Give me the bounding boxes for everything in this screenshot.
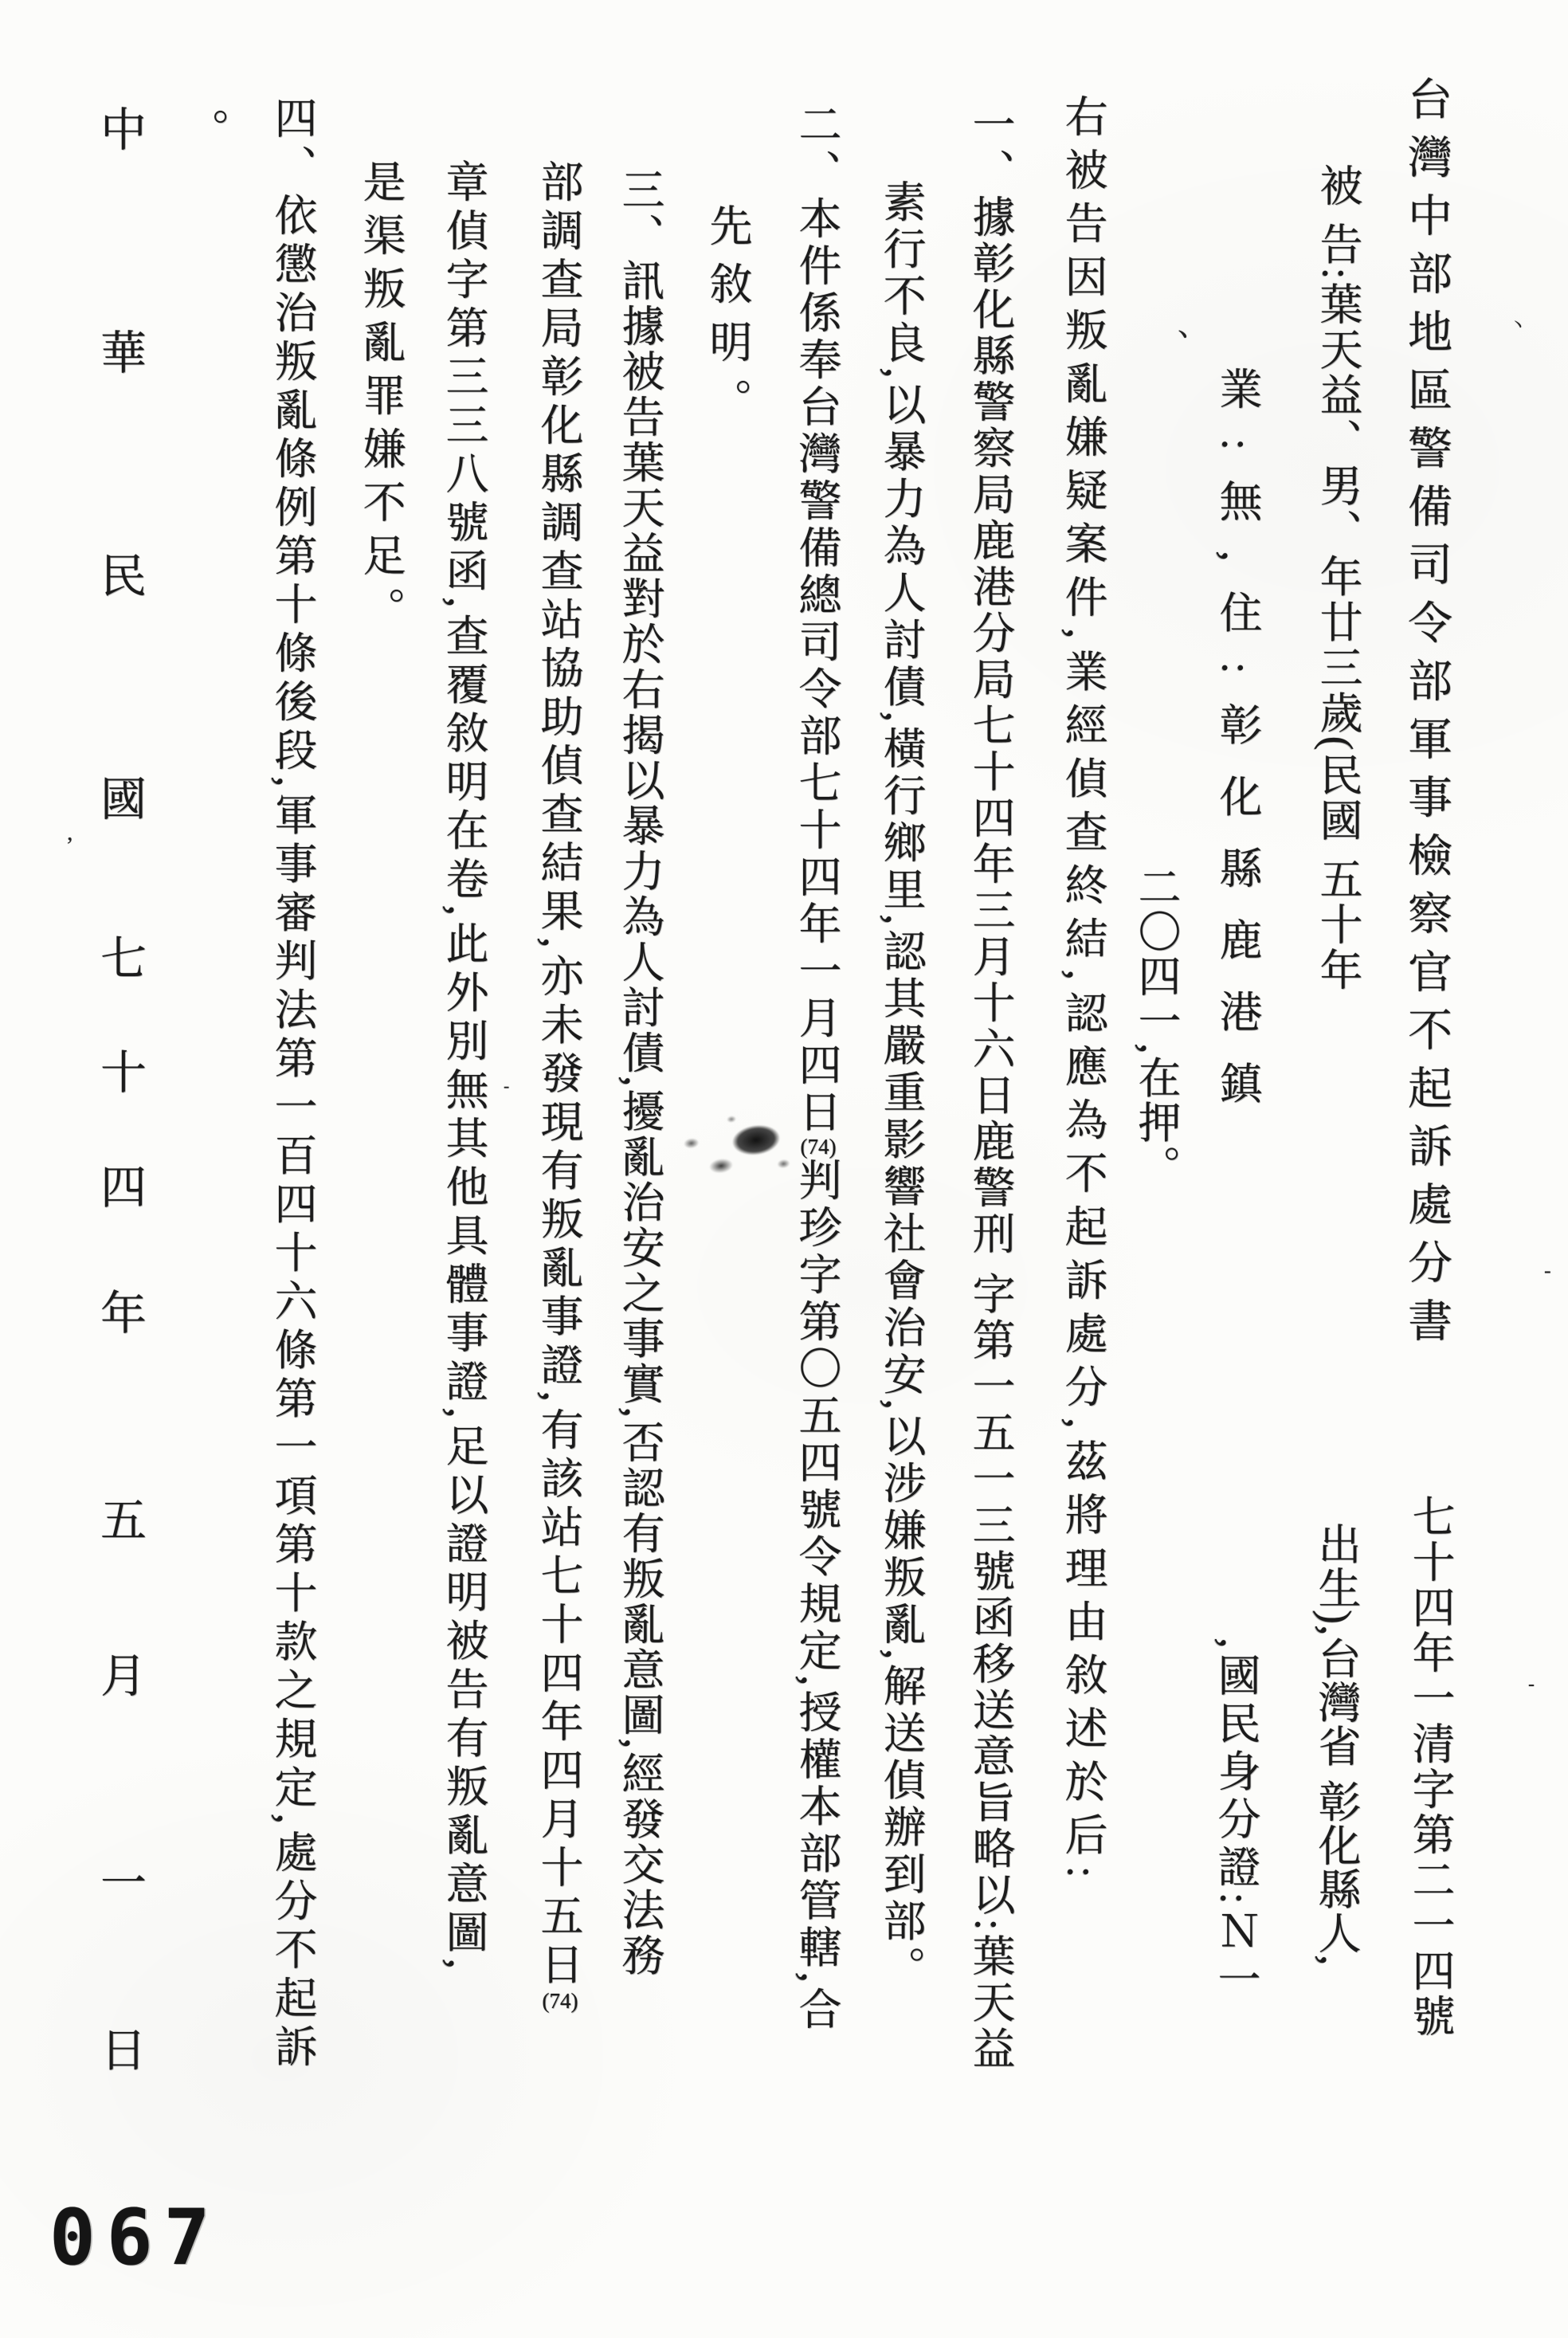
date-char: 華	[100, 331, 147, 377]
date-char: 民	[100, 554, 147, 600]
date-char: 五	[100, 1498, 147, 1544]
date-char: 中	[100, 108, 147, 154]
national-id-line-head: ,國民身分證:Ｎ一	[1214, 1638, 1257, 2005]
national-id-line-tail: 二〇四一,在押。	[1135, 865, 1178, 1190]
ink-smudge	[668, 1098, 798, 1197]
date-char: 國	[100, 777, 147, 823]
ink-speck: -	[1544, 1261, 1551, 1281]
date-char: 一	[100, 1861, 147, 1907]
section-1-line-1: 一、據彰化縣警察局鹿港分局七十四年三月十六日鹿警刑 字第一五一三號函移送意旨略以…	[969, 102, 1012, 2073]
ink-speck: 、	[1178, 311, 1208, 341]
defendant-line-2: 出生),台灣省 彰化縣人,	[1315, 1522, 1358, 1966]
ink-speck: ,	[67, 821, 73, 845]
section-3-line-2: 部調查局彰化縣調查站協助偵查結果,亦未發現有叛亂事證,有該站七十四年四月十五日(…	[537, 159, 580, 2012]
year-74-mark: (74)	[543, 1991, 578, 2012]
section-3-line-1: 三、訊據被告葉天益對於右揭以暴力為人討債,擾亂治安之事實,否認有叛亂意圖,經發交…	[618, 167, 661, 1979]
defendant-line-1: 被 告:葉天益、男、年廿三歲(民國 五十年	[1316, 163, 1359, 993]
intro-sentence: 右被告因叛亂嫌疑案件,業經偵查終結,認應為不起訴處分,茲將理由敘述於后:	[1061, 94, 1104, 1889]
section-1-line-2: 素行不良,以暴力為人討債,橫行鄉里,認其嚴重影響社會治安,以涉嫌叛亂,解送偵辦到…	[880, 179, 923, 1993]
ink-speck: 丶	[1509, 317, 1527, 335]
ink-speck: -	[1528, 1675, 1535, 1694]
scanned-legal-document-page: { "doc": { "title": "台灣中部地區警備司令部軍事檢察官不起訴…	[0, 0, 1568, 2338]
date-char: 四	[100, 1165, 147, 1211]
date-char: 十	[100, 1050, 147, 1096]
year-74-mark: (74)	[801, 1136, 837, 1158]
section-3-line-3: 章偵字第三三八號函,查覆敘明在卷,此外別無其他具體事證,足以證明被告有叛亂意圖,	[442, 159, 485, 1975]
section-4-line-1: 四、依懲治叛亂條例第十條後段,軍事審判法第一百四十六條第一項第十款之規定,處分不…	[271, 96, 314, 2073]
occupation-address-line: 業:無,住:彰化縣鹿港鎮	[1216, 367, 1259, 1133]
date-char: 月	[100, 1653, 147, 1700]
case-number: 七十四年一清字第二一四號	[1409, 1494, 1452, 2039]
section-2-line-1: 二、本件係奉台灣警備總司令部七十四年一月四日(74)判珍字第〇五四號令規定,授權…	[795, 102, 838, 2034]
date-char: 日	[100, 2028, 147, 2074]
ink-speck: -	[504, 1077, 509, 1095]
document-title: 台灣中部地區警備司令部軍事檢察官不起訴處分書	[1404, 76, 1448, 1355]
section-2-line-2: 先敘明。	[706, 203, 749, 436]
section-3-line-4: 是渠叛亂罪嫌不足。	[359, 159, 402, 640]
page-number: 067	[49, 2193, 221, 2282]
date-char: 七	[100, 936, 147, 983]
section-4-line-2-period: 。	[183, 108, 226, 151]
date-char: 年	[100, 1291, 147, 1337]
